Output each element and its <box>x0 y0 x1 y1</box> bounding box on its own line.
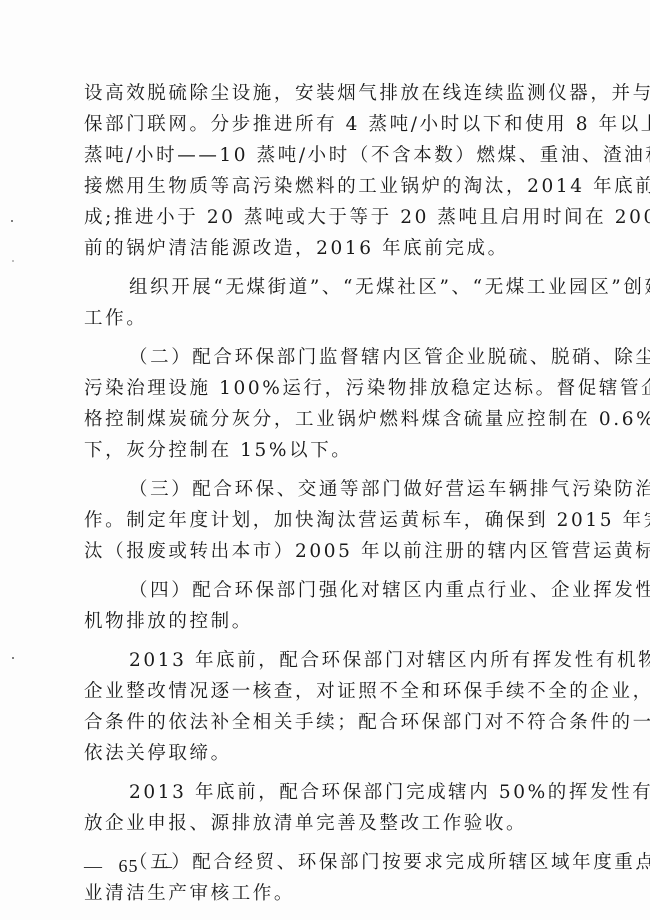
text-line: 蒸吨/小时——10 蒸吨/小时（不含本数）燃煤、重油、渣油和直 <box>84 140 560 171</box>
text-line: 放企业申报、源排放清单完善及整改工作验收。 <box>84 808 560 839</box>
text-line: 设高效脱硫除尘设施，安装烟气排放在线连续监测仪器，并与环 <box>84 78 560 109</box>
paragraph-start-line: 2013 年底前，配合环保部门完成辖内 50%的挥发性有机物排 <box>84 777 560 808</box>
body-text: 设高效脱硫除尘设施，安装烟气排放在线连续监测仪器，并与环 保部门联网。分步推进所… <box>84 78 560 909</box>
document-page: 设高效脱硫除尘设施，安装烟气排放在线连续监测仪器，并与环 保部门联网。分步推进所… <box>0 0 650 920</box>
text-line: 下，灰分控制在 15%以下。 <box>84 435 560 466</box>
text-line: 作。制定年度计划，加快淘汰营运黄标车，确保到 2015 年完成淘 <box>84 505 560 536</box>
text-line: 格控制煤炭硫分灰分，工业锅炉燃料煤含硫量应控制在 0.6%以 <box>84 404 560 435</box>
scan-artifact-dot <box>11 220 13 222</box>
text-line: 企业整改情况逐一核查，对证照不全和环保手续不全的企业，符 <box>84 676 560 707</box>
text-line: 接燃用生物质等高污染燃料的工业锅炉的淘汰，2014 年底前完 <box>84 171 560 202</box>
paragraph-start-line: 2013 年底前，配合环保部门对辖区内所有挥发性有机物排放 <box>84 645 560 676</box>
text-line: 汰（报废或转出本市）2005 年以前注册的辖内区管营运黄标车。 <box>84 536 560 567</box>
section-heading-3: （三）配合环保、交通等部门做好营运车辆排气污染防治工 <box>84 474 560 505</box>
text-line: 工作。 <box>84 303 560 334</box>
section-heading-2: （二）配合环保部门监督辖内区管企业脱硫、脱硝、除尘等 <box>84 342 560 373</box>
page-number: — 65 — <box>84 856 173 877</box>
text-line: 前的锅炉清洁能源改造，2016 年底前完成。 <box>84 233 560 264</box>
text-line: 合条件的依法补全相关手续；配合环保部门对不符合条件的一律 <box>84 707 560 738</box>
section-heading-4: （四）配合环保部门强化对辖区内重点行业、企业挥发性有 <box>84 575 560 606</box>
scan-artifact-dot <box>12 260 14 262</box>
text-line: 依法关停取缔。 <box>84 738 560 769</box>
text-line: 成;推进小于 20 蒸吨或大于等于 20 蒸吨且启用时间在 2000 年以 <box>84 202 560 233</box>
scan-artifact-dot <box>12 657 14 659</box>
text-line: 污染治理设施 100%运行，污染物排放稳定达标。督促辖管企业严 <box>84 373 560 404</box>
paragraph-start-line: 组织开展“无煤街道”、“无煤社区”、“无煤工业园区”创建 <box>84 272 560 303</box>
text-line: 保部门联网。分步推进所有 4 蒸吨/小时以下和使用 8 年以上 4 <box>84 109 560 140</box>
text-line: 机物排放的控制。 <box>84 606 560 637</box>
text-line: 业清洁生产审核工作。 <box>84 878 560 909</box>
